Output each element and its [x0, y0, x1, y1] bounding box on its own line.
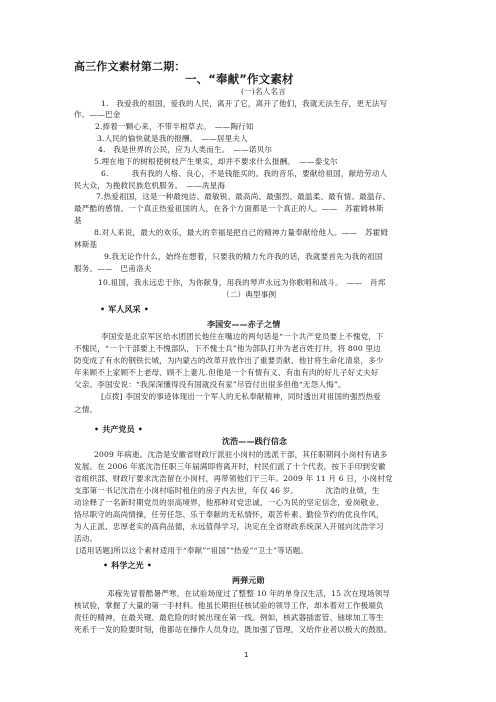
body-line: 责任的精神，在最关键、最危险的时候出现在第一线。例如，核武器插雷管、铀球加工等生 [74, 613, 384, 623]
quote-line: 9.我无论作什么，始终在想着，只要我的精力允许我的话，我就要首先为我的祖国 [104, 252, 383, 262]
quote-line: 服务。—— 巴甫洛夫 [74, 264, 151, 274]
quote-line: 1. 我爱我的祖国，爱我的人民，离开了它，离开了他们，我就无法生存，更无法写 [101, 99, 387, 109]
body-line: 2009 年病逝。沈浩是安徽省财政厅派驻小岗村的选派干部，其任职期间小岗村有诸多 [94, 450, 388, 460]
quote-line: 4. 我是世界的公民，应为人类而生。 ——诺贝尔 [98, 145, 272, 155]
body-line: 省组织部、财政厅要求沈浩留在小岗村，再带领他们干三年。2009 年 11 月 6… [74, 474, 393, 484]
body-line: 邓稼先冒着酷暑严寒，在试验场度过了整整 10 年的单身汉生活，15 次在现场领导 [107, 589, 390, 599]
body-line: 死系于一发的险要时刻，他都站在操作人员身边，既加强了管理，又给作业者以极大的鼓励… [74, 625, 392, 635]
quote-line: 基 [74, 216, 82, 226]
comment-line: [点拨] 李国安的事迹体现出一个军人的无私奉献精神，同时透出对祖国的强烈热爱 [101, 392, 381, 402]
body-line: 动诠释了一名新时期党员的崇高境界，他那种对党忠诚、一心为民的坚定信念，爱岗敬业、 [74, 498, 384, 508]
body-line: 父亲。李国安说：“我深深懂得没有国就没有家”尽管付出很多但他“无怨人悔”。 [74, 380, 346, 390]
quote-line: 民大众，为挽救民族危机服务。 ——冼星海 [74, 181, 225, 191]
body-line: 不愧民，“一个干部要上不愧部队，下不愧士兵”他为部队打井为老百姓打井，将 800… [74, 344, 381, 354]
quote-line: 6. 我有我的人格、良心，不是钱能买的。我的音乐，要献给祖国，献给劳动人 [101, 169, 387, 179]
quote-line: 8.对人来说，最大的欢乐，最大的幸福是把自己的精神力量奉献给他人。—— 苏霍姆 [94, 228, 388, 238]
body-line: 李国安是北京军区给水团团长他住在嘴边的两句话是“一个共产党员要上不愧党，下 [101, 332, 384, 342]
story-title: 两弹元勋 [232, 576, 265, 586]
quote-line: 2.捧着一颗心来，不带半根草去。 ——陶行知 [95, 122, 254, 132]
body-line: 恪尽职守的高尚情操，任劳任怨、乐于奉献的无私情怀，艰苦朴素、勤俭节约的优良作风， [74, 510, 384, 520]
body-line: 活动。 [74, 534, 97, 544]
category-label: • 共产党员 • [94, 425, 143, 435]
body-line: 支部第一书记沈浩在小岗村临时租住的房子内去世，年仅 46 岁。 沈浩的业绩，生 [74, 486, 380, 496]
story-title: 李国安——赤子之情 [207, 320, 280, 330]
quote-line: 林斯基 [74, 240, 97, 250]
subsection-heading: (一)名人名言 [241, 87, 286, 97]
body-line: 发展。在 2006 年底沈浩任职三年届满即将离开时，村民们派了十个代表，按下手印… [74, 462, 386, 472]
body-line: 防变成了有水的钢铁长城，为内蒙古的改革开放作出了重要贡献、他甘将生命化清泉，多少 [74, 356, 384, 366]
page-number: 1 [244, 651, 248, 659]
topic-line: [适用话题]所以这个素材适用于“奉献”“祖国”“热爱”“卫士”等话题。 [76, 546, 308, 556]
comment-line: 之情。 [74, 405, 97, 415]
quote-line: 5.埋在地下的树根使树枝产生果实，却并不要求什么报酬。 ——泰戈尔 [94, 157, 338, 167]
document-page: 高三作文素材第二期： 一、“奉献”作文素材 (一)名人名言 1. 我爱我的祖国，… [0, 0, 496, 702]
quote-line: 3.人民的愉快就是我的报酬。 ——居里夫人 [97, 134, 248, 144]
document-title: 高三作文素材第二期： [74, 60, 186, 73]
subsection-heading: （二）典型事例 [222, 290, 276, 300]
category-label: • 军人风采 • [100, 305, 149, 315]
story-title: 沈浩——践行信念 [222, 437, 287, 447]
body-line: 核试验，掌握了大量的第一手材料。他虽长期担任核试验的领导工作，却本着对工作极端负 [74, 601, 384, 611]
body-line: 为人正派、忠厚老实的高尚品德，永远值得学习，决定在全省财政系统深入开展向沈浩学习 [74, 522, 384, 532]
category-label: • 科学之光 • [103, 561, 152, 571]
quote-line: 作。——巴金 [74, 110, 120, 120]
quote-line: 最严酷的感情。一个真正热爱祖国的人，在各个方面都是一个真正的人。—— 苏霍姆林斯 [74, 204, 384, 214]
quote-line: 10.祖国，我永远忠于你，为你献身，用我的琴声永远为你歌唱和战斗。 —— 肖邦 [98, 278, 386, 288]
quote-line: 7.热爱祖国，这是一种最纯洁、最敏锐、最高尚、最强烈、最温柔、最有情、最温存、 [96, 192, 390, 202]
section-title: 一、“奉献”作文素材 [185, 72, 294, 86]
body-line: 年来顾不上家顾不上老母、顾不上妻儿.但他是一个有情有义、有血有肉的好儿子好丈夫好 [74, 368, 379, 378]
